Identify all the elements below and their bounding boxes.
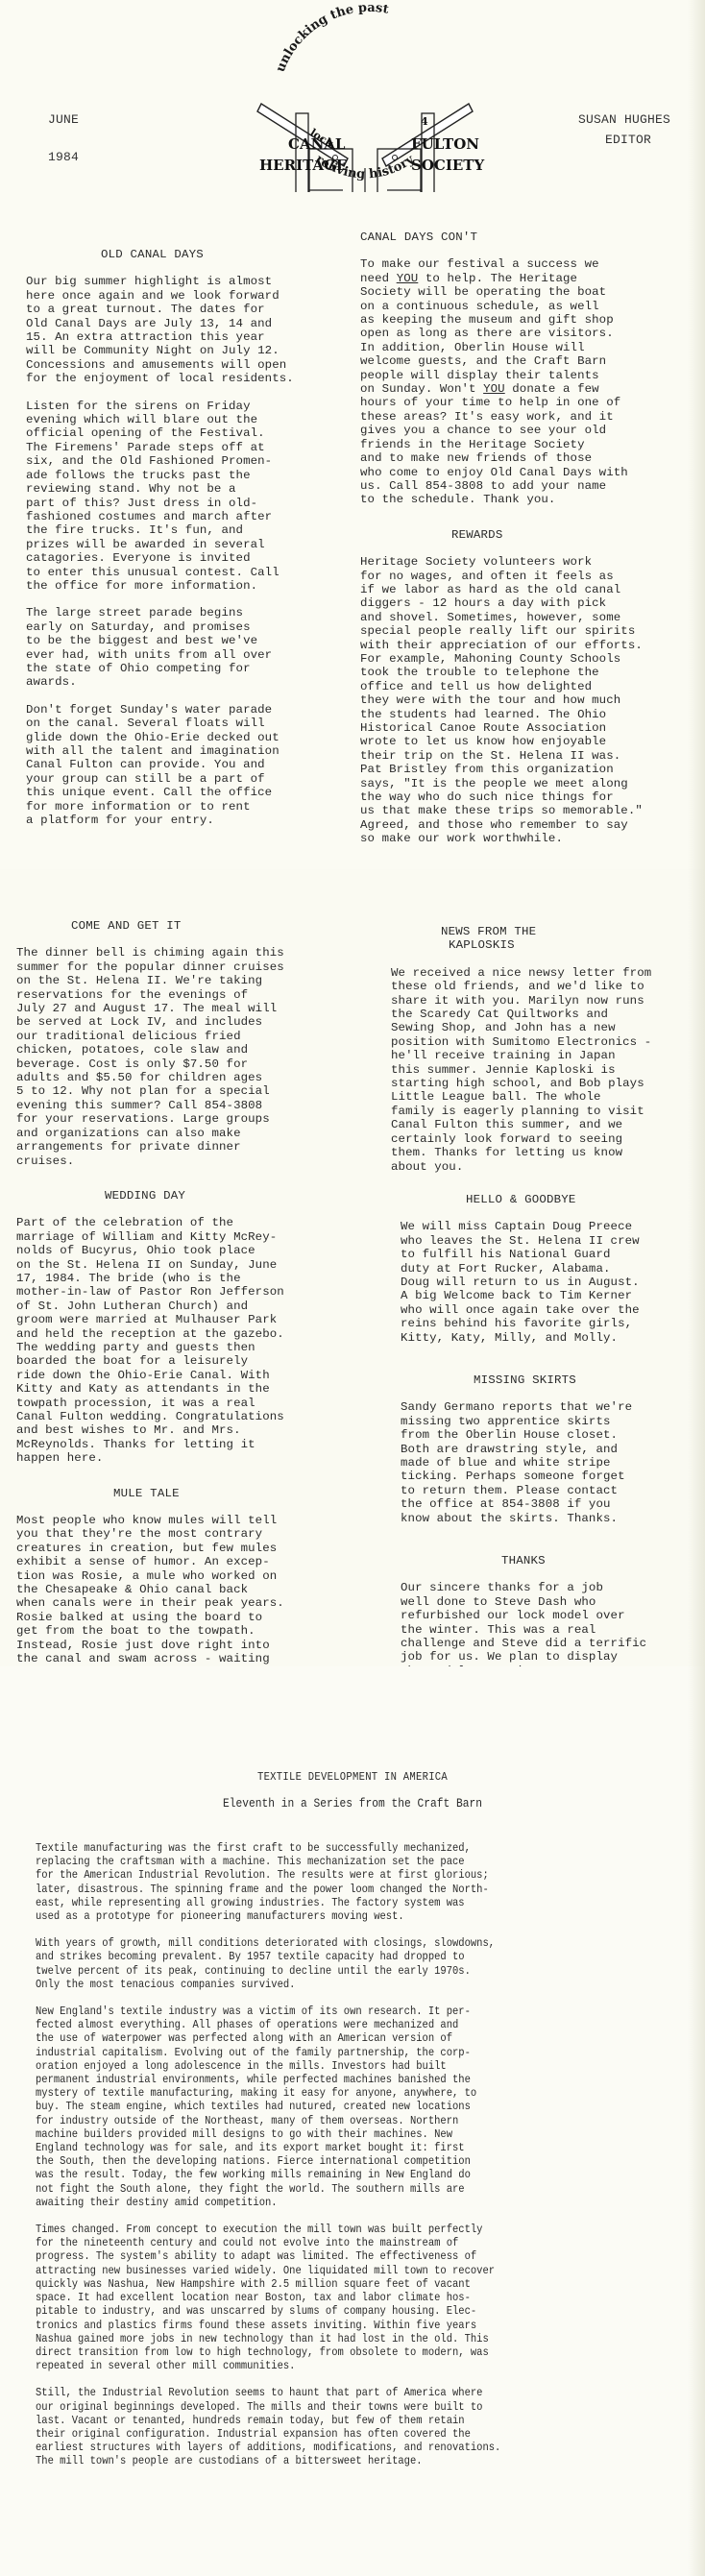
logo-word-fulton: FULTON [411, 135, 479, 153]
article-paragraph: Our big summer highlight is almost here … [26, 275, 343, 385]
series-subtitle: Eleventh in a Series from the Craft Barn [36, 1797, 670, 1810]
article-news-kaploskis: NEWS FROM THE KAPLOSKIS We received a ni… [391, 925, 698, 1734]
article-paragraph: The dinner bell is chiming again this su… [16, 946, 343, 1168]
article-paragraph: The large street parade begins early on … [26, 606, 343, 689]
issue-month: JUNE [48, 112, 79, 127]
article-paragraph: Part of the celebration of the marriage … [16, 1216, 343, 1465]
svg-text:unlocking the past: unlocking the past [274, 5, 390, 74]
article-title: COME AND GET IT [16, 919, 343, 933]
article-paragraph: Sandy Germano reports that we're missing… [391, 1400, 698, 1525]
article-paragraph: We received a nice newsy letter from the… [391, 966, 698, 1174]
article-come-and-get-it: COME AND GET IT The dinner bell is chimi… [16, 919, 343, 1721]
logo-gate-number: 4 [421, 115, 428, 128]
logo-top-arc: unlocking the past [274, 5, 390, 74]
newsletter-page-1: JUNE 1984 SUSAN HUGHES EDITOR unlocking … [0, 0, 705, 869]
article-old-canal-days: OLD CANAL DAYS Our big summer highlight … [26, 248, 343, 840]
article-title: HELLO & GOODBYE [391, 1193, 698, 1206]
lock-gate-logo-icon: unlocking the past reliving history CANA… [221, 5, 509, 192]
editor-title: EDITOR [605, 133, 651, 147]
society-logo: unlocking the past reliving history CANA… [221, 5, 509, 192]
series-title: TEXTILE DEVELOPMENT IN AMERICA [42, 1770, 663, 1784]
article-title: NEWS FROM THE [391, 925, 698, 938]
editor-name: SUSAN HUGHES [578, 112, 670, 127]
article-paragraph: Don't forget Sunday's water parade on th… [26, 703, 343, 828]
article-paragraph: With years of growth, mill conditions de… [36, 1936, 680, 1991]
article-title: WEDDING DAY [16, 1189, 343, 1203]
issue-year: 1984 [48, 150, 79, 164]
article-paragraph: To make our festival a success we need Y… [360, 257, 696, 506]
article-title: OLD CANAL DAYS [26, 248, 343, 261]
newsletter-page-2: COME AND GET IT The dinner bell is chimi… [0, 869, 705, 1666]
newsletter-page-3: TEXTILE DEVELOPMENT IN AMERICA Eleventh … [0, 1666, 705, 2576]
article-title: REWARDS [360, 528, 696, 542]
article-paragraph: Heritage Society volunteers work for no … [360, 555, 696, 846]
article-title: CANAL DAYS CON'T [360, 231, 696, 244]
article-paragraph: Textile manufacturing was the first craf… [36, 1841, 680, 1923]
article-textile-development: Textile manufacturing was the first craf… [36, 1841, 581, 2482]
logo-word-society: SOCIETY [411, 157, 484, 174]
article-paragraph: Still, the Industrial Revolution seems t… [36, 2386, 680, 2467]
article-title-line2: KAPLOSKIS [391, 938, 698, 952]
logo-word-heritage: HERITAGE [259, 157, 347, 174]
article-paragraph: We will miss Captain Doug Preece who lea… [391, 1220, 698, 1345]
article-title: MISSING SKIRTS [391, 1373, 698, 1387]
article-title: THANKS [391, 1554, 698, 1567]
article-canal-days-cont: CANAL DAYS CON'T To make our festival a … [360, 231, 696, 860]
article-paragraph: Listen for the sirens on Friday evening … [26, 400, 343, 594]
article-paragraph: New England's textile industry was a vic… [36, 2005, 680, 2209]
article-title: MULE TALE [16, 1487, 343, 1500]
article-paragraph: Times changed. From concept to execution… [36, 2223, 680, 2372]
